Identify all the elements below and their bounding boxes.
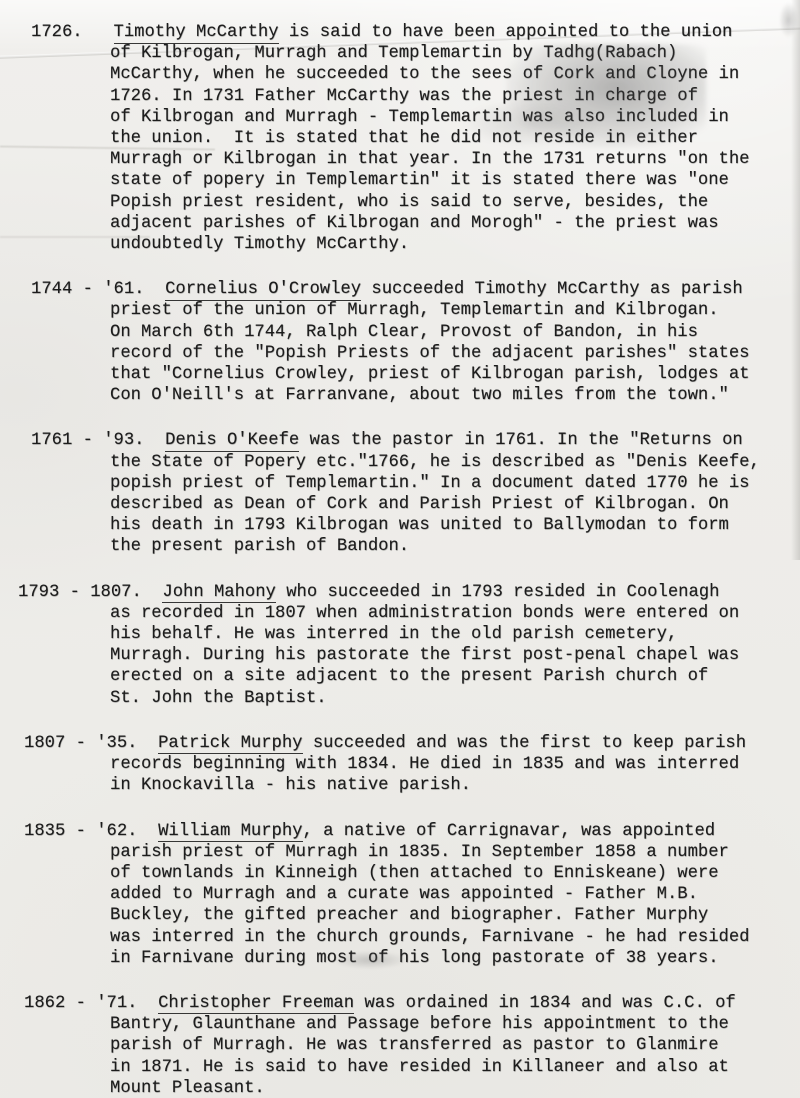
entry-line: the State of Popery etc."1766, he is des…	[0, 452, 800, 473]
entry-line: of townlands in Kinneigh (then attached …	[0, 863, 800, 884]
entry-first-line: 1862 - '71. Christopher Freeman was orda…	[0, 993, 800, 1014]
entry-line: record of the "Popish Priests of the adj…	[0, 343, 800, 364]
priest-name: Cornelius O'Crowley	[165, 280, 361, 301]
entry-line: adjacent parishes of Kilbrogan and Morog…	[0, 213, 800, 234]
entry-first-line-text: succeeded and was the first to keep pari…	[303, 734, 747, 753]
entry-date: 1793 - 1807.	[18, 583, 162, 602]
priest-name: Timothy McCarthy	[114, 23, 279, 44]
entry-line: On March 6th 1744, Ralph Clear, Provost …	[0, 322, 800, 343]
entry-line: his behalf. He was interred in the old p…	[0, 624, 800, 645]
priest-entries-list: 1726. Timothy McCarthy is said to have b…	[0, 0, 800, 1098]
priest-name: Christopher Freeman	[158, 994, 354, 1015]
entry-date: 1726.	[31, 23, 114, 42]
entry-line: priest of the union of Murragh, Templema…	[0, 300, 800, 321]
entry-line: undoubtedly Timothy McCarthy.	[0, 234, 800, 255]
entry-line: Mount Pleasant.	[0, 1078, 800, 1098]
entry-date: 1807 - '35.	[24, 734, 158, 753]
entry-first-line-text: , a native of Carrignavar, was appointed	[303, 822, 716, 841]
entry-date: 1744 - '61.	[31, 280, 165, 299]
entry-line: the present parish of Bandon.	[0, 536, 800, 557]
entry-first-line: 1835 - '62. William Murphy, a native of …	[0, 821, 800, 842]
entry-line: Con O'Neill's at Farranvane, about two m…	[0, 385, 800, 406]
priest-name: Denis O'Keefe	[165, 431, 299, 452]
entry-line: his death in 1793 Kilbrogan was united t…	[0, 515, 800, 536]
entry-first-line: 1807 - '35. Patrick Murphy succeeded and…	[0, 733, 800, 754]
priest-name: John Mahony	[162, 583, 275, 604]
entry-date: 1862 - '71.	[24, 994, 158, 1013]
priest-name: William Murphy	[158, 822, 302, 843]
entry-line: erected on a site adjacent to the presen…	[0, 666, 800, 687]
entry-first-line-text: is said to have been appointed to the un…	[279, 23, 733, 42]
entry-line: in Knockavilla - his native parish.	[0, 775, 800, 796]
entry-first-line-text: who succeeded in 1793 resided in Coolena…	[276, 583, 720, 602]
entry-line: records beginning with 1834. He died in …	[0, 754, 800, 775]
entry-line: St. John the Baptist.	[0, 688, 800, 709]
entry-first-line: 1744 - '61. Cornelius O'Crowley succeede…	[0, 279, 800, 300]
entry-line: of Kilbrogan, Murragh and Templemartin b…	[0, 43, 800, 64]
entry-line: in Farnivane during most of his long pas…	[0, 948, 800, 969]
entry-line: that "Cornelius Crowley, priest of Kilbr…	[0, 364, 800, 385]
entry-line: added to Murragh and a curate was appoin…	[0, 884, 800, 905]
priest-entry: 1726. Timothy McCarthy is said to have b…	[0, 22, 800, 255]
entry-line: of Kilbrogan and Murragh - Templemartin …	[0, 107, 800, 128]
entry-line: the union. It is stated that he did not …	[0, 128, 800, 149]
entry-first-line-text: was ordained in 1834 and was C.C. of	[354, 994, 736, 1013]
document-page: 1726. Timothy McCarthy is said to have b…	[0, 0, 800, 1098]
entry-line: Murragh or Kilbrogan in that year. In th…	[0, 149, 800, 170]
priest-entry: 1807 - '35. Patrick Murphy succeeded and…	[0, 733, 800, 797]
entry-line: Buckley, the gifted preacher and biograp…	[0, 905, 800, 926]
entry-line: Murragh. During his pastorate the first …	[0, 645, 800, 666]
priest-entry: 1835 - '62. William Murphy, a native of …	[0, 821, 800, 969]
entry-line: popish priest of Templemartin." In a doc…	[0, 473, 800, 494]
entry-line: parish of Murragh. He was transferred as…	[0, 1035, 800, 1056]
entry-line: was interred in the church grounds, Farn…	[0, 927, 800, 948]
entry-date: 1835 - '62.	[24, 822, 158, 841]
entry-line: McCarthy, when he succeeded to the sees …	[0, 64, 800, 85]
priest-name: Patrick Murphy	[158, 734, 302, 755]
entry-line: as recorded in 1807 when administration …	[0, 603, 800, 624]
entry-first-line: 1726. Timothy McCarthy is said to have b…	[0, 22, 800, 43]
priest-entry: 1761 - '93. Denis O'Keefe was the pastor…	[0, 430, 800, 557]
entry-line: in 1871. He is said to have resided in K…	[0, 1057, 800, 1078]
entry-first-line: 1761 - '93. Denis O'Keefe was the pastor…	[0, 430, 800, 451]
priest-entry: 1793 - 1807. John Mahony who succeeded i…	[0, 582, 800, 709]
priest-entry: 1862 - '71. Christopher Freeman was orda…	[0, 993, 800, 1098]
entry-first-line-text: was the pastor in 1761. In the "Returns …	[299, 431, 743, 450]
entry-line: state of popery in Templemartin" it is s…	[0, 170, 800, 191]
entry-first-line: 1793 - 1807. John Mahony who succeeded i…	[0, 582, 800, 603]
priest-entry: 1744 - '61. Cornelius O'Crowley succeede…	[0, 279, 800, 406]
entry-line: Popish priest resident, who is said to s…	[0, 192, 800, 213]
entry-first-line-text: succeeded Timothy McCarthy as parish	[361, 280, 743, 299]
entry-line: 1726. In 1731 Father McCarthy was the pr…	[0, 86, 800, 107]
entry-line: Bantry, Glaunthane and Passage before hi…	[0, 1014, 800, 1035]
entry-line: parish priest of Murragh in 1835. In Sep…	[0, 842, 800, 863]
entry-line: described as Dean of Cork and Parish Pri…	[0, 494, 800, 515]
entry-date: 1761 - '93.	[31, 431, 165, 450]
